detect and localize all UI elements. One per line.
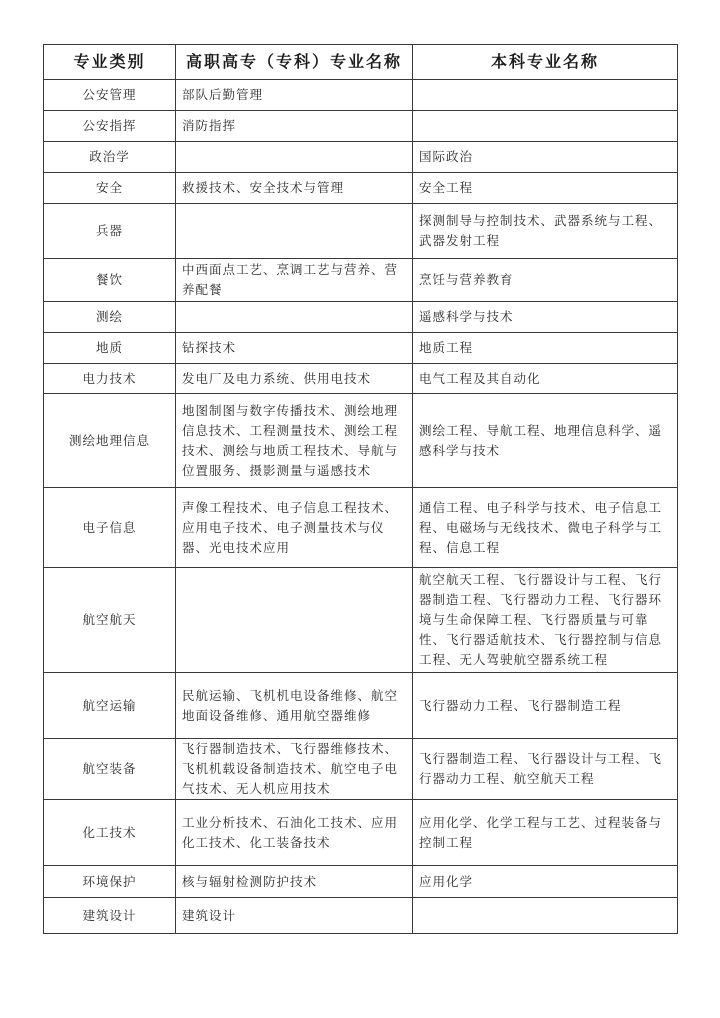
undergraduate-cell: 应用化学、化学工程与工艺、过程装备与控制工程 (413, 800, 678, 866)
table-header-row: 专业类别 高职高专（专科）专业名称 本科专业名称 (44, 45, 678, 80)
undergraduate-cell: 地质工程 (413, 333, 678, 364)
undergraduate-cell: 遥感科学与技术 (413, 302, 678, 333)
table-row: 电子信息声像工程技术、电子信息工程技术、应用电子技术、电子测量技术与仪器、光电技… (44, 488, 678, 568)
category-cell: 航空运输 (44, 673, 176, 739)
category-cell: 公安管理 (44, 80, 176, 111)
table-row: 航空运输民航运输、飞机机电设备维修、航空地面设备维修、通用航空器维修飞行器动力工… (44, 673, 678, 739)
category-cell: 餐饮 (44, 259, 176, 302)
undergraduate-cell: 测绘工程、导航工程、地理信息科学、遥感科学与技术 (413, 394, 678, 488)
vocational-cell: 建筑设计 (176, 898, 413, 934)
vocational-cell: 飞行器制造技术、飞行器维修技术、飞机机载设备制造技术、航空电子电气技术、无人机应… (176, 739, 413, 800)
table-row: 公安指挥消防指挥 (44, 111, 678, 142)
table-row: 测绘地理信息地图制图与数字传播技术、测绘地理信息技术、工程测量技术、测绘工程技术… (44, 394, 678, 488)
vocational-cell (176, 568, 413, 673)
undergraduate-cell: 探测制导与控制技术、武器系统与工程、武器发射工程 (413, 204, 678, 259)
major-catalog-table: 专业类别 高职高专（专科）专业名称 本科专业名称 公安管理部队后勤管理公安指挥消… (43, 44, 678, 934)
category-cell: 航空装备 (44, 739, 176, 800)
vocational-cell: 工业分析技术、石油化工技术、应用化工技术、化工装备技术 (176, 800, 413, 866)
table-row: 建筑设计建筑设计 (44, 898, 678, 934)
table-row: 餐饮中西面点工艺、烹调工艺与营养、营养配餐烹饪与营养教育 (44, 259, 678, 302)
vocational-cell: 消防指挥 (176, 111, 413, 142)
table-row: 测绘遥感科学与技术 (44, 302, 678, 333)
category-cell: 化工技术 (44, 800, 176, 866)
table-row: 环境保护核与辐射检测防护技术应用化学 (44, 866, 678, 898)
category-cell: 政治学 (44, 142, 176, 173)
undergraduate-cell: 航空航天工程、飞行器设计与工程、飞行器制造工程、飞行器动力工程、飞行器环境与生命… (413, 568, 678, 673)
category-cell: 安全 (44, 173, 176, 204)
table-row: 安全救援技术、安全技术与管理安全工程 (44, 173, 678, 204)
vocational-cell: 民航运输、飞机机电设备维修、航空地面设备维修、通用航空器维修 (176, 673, 413, 739)
category-cell: 测绘地理信息 (44, 394, 176, 488)
undergraduate-cell: 飞行器动力工程、飞行器制造工程 (413, 673, 678, 739)
vocational-cell: 救援技术、安全技术与管理 (176, 173, 413, 204)
category-cell: 公安指挥 (44, 111, 176, 142)
undergraduate-cell: 烹饪与营养教育 (413, 259, 678, 302)
undergraduate-cell (413, 80, 678, 111)
undergraduate-cell (413, 898, 678, 934)
vocational-cell: 中西面点工艺、烹调工艺与营养、营养配餐 (176, 259, 413, 302)
category-cell: 航空航天 (44, 568, 176, 673)
vocational-cell (176, 204, 413, 259)
category-cell: 兵器 (44, 204, 176, 259)
undergraduate-cell: 飞行器制造工程、飞行器设计与工程、飞行器动力工程、航空航天工程 (413, 739, 678, 800)
table-row: 航空航天航空航天工程、飞行器设计与工程、飞行器制造工程、飞行器动力工程、飞行器环… (44, 568, 678, 673)
table-row: 政治学国际政治 (44, 142, 678, 173)
vocational-cell: 发电厂及电力系统、供用电技术 (176, 364, 413, 394)
vocational-cell: 核与辐射检测防护技术 (176, 866, 413, 898)
table-row: 兵器探测制导与控制技术、武器系统与工程、武器发射工程 (44, 204, 678, 259)
vocational-cell (176, 142, 413, 173)
category-cell: 地质 (44, 333, 176, 364)
category-cell: 建筑设计 (44, 898, 176, 934)
vocational-cell: 声像工程技术、电子信息工程技术、应用电子技术、电子测量技术与仪器、光电技术应用 (176, 488, 413, 568)
undergraduate-cell: 通信工程、电子科学与技术、电子信息工程、电磁场与无线技术、微电子科学与工程、信息… (413, 488, 678, 568)
table-row: 公安管理部队后勤管理 (44, 80, 678, 111)
undergraduate-cell: 应用化学 (413, 866, 678, 898)
vocational-cell: 地图制图与数字传播技术、测绘地理信息技术、工程测量技术、测绘工程技术、测绘与地质… (176, 394, 413, 488)
table-row: 化工技术工业分析技术、石油化工技术、应用化工技术、化工装备技术应用化学、化学工程… (44, 800, 678, 866)
table-row: 电力技术发电厂及电力系统、供用电技术电气工程及其自动化 (44, 364, 678, 394)
category-cell: 电子信息 (44, 488, 176, 568)
vocational-cell: 钻探技术 (176, 333, 413, 364)
category-cell: 电力技术 (44, 364, 176, 394)
vocational-cell (176, 302, 413, 333)
undergraduate-cell: 电气工程及其自动化 (413, 364, 678, 394)
category-cell: 测绘 (44, 302, 176, 333)
header-category: 专业类别 (44, 45, 176, 80)
table-row: 航空装备飞行器制造技术、飞行器维修技术、飞机机载设备制造技术、航空电子电气技术、… (44, 739, 678, 800)
vocational-cell: 部队后勤管理 (176, 80, 413, 111)
undergraduate-cell (413, 111, 678, 142)
table-row: 地质钻探技术地质工程 (44, 333, 678, 364)
header-vocational: 高职高专（专科）专业名称 (176, 45, 413, 80)
undergraduate-cell: 安全工程 (413, 173, 678, 204)
category-cell: 环境保护 (44, 866, 176, 898)
undergraduate-cell: 国际政治 (413, 142, 678, 173)
header-undergraduate: 本科专业名称 (413, 45, 678, 80)
